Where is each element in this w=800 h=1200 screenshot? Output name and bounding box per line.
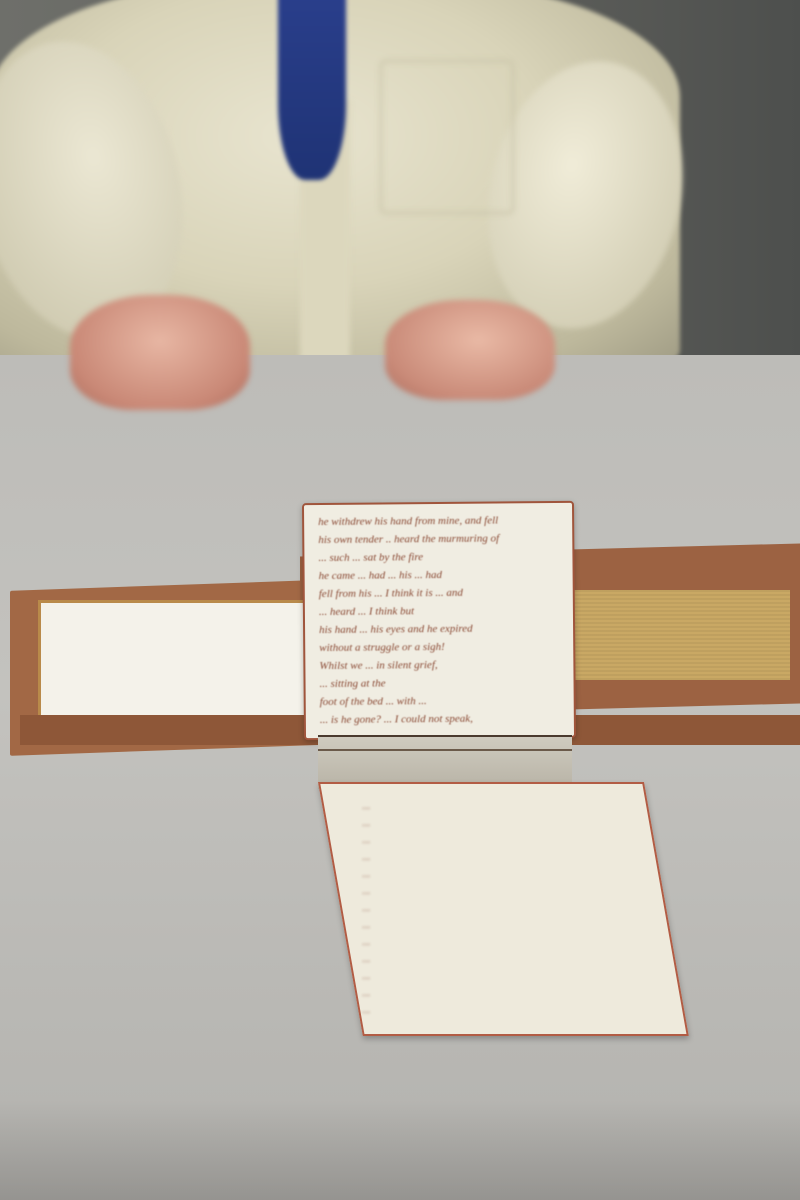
text-line: ... such ... sat by the fire [318,547,562,567]
text-line: ... is he gone? ... I could not speak, [320,709,564,729]
text-line: ... [362,883,654,900]
blue-tie [278,0,346,180]
text-line: ... [362,849,654,866]
text-line: ... [362,900,654,917]
text-line: ... [362,951,654,968]
text-line: ... heard ... I think but [319,601,563,621]
text-line: ... [362,832,654,849]
right-hand [385,300,555,400]
box-gold-lining [550,590,790,680]
text-line: ... [362,866,654,883]
text-line: ... [362,985,654,1002]
left-hand [70,295,250,410]
text-line: ... [362,934,654,951]
foreground-shadow [0,1100,800,1200]
handwritten-text-upper: he withdrew his hand from mine, and fell… [318,511,564,729]
text-line: ... [362,917,654,934]
text-line: his own tender .. heard the murmuring of [318,529,562,549]
photo-scene: he withdrew his hand from mine, and fell… [0,0,800,1200]
text-line: he came ... had ... his ... had [319,565,563,585]
handwritten-text-lower: ... ... ... ... ... ... ... ... ... ... … [362,798,654,1019]
text-line: ... [362,1002,654,1019]
text-line: his hand ... his eyes and he expired [319,619,563,639]
text-line: ... [362,968,654,985]
text-line: he withdrew his hand from mine, and fell [318,511,562,531]
text-line: fell from his ... I think it is ... and [319,583,563,603]
notebook-spine [318,735,572,789]
text-line: ... [362,798,654,815]
text-line: Whilst we ... in silent grief, [319,655,563,675]
notebook-lower-page: ... ... ... ... ... ... ... ... ... ... … [318,782,689,1036]
shirt-pocket [380,60,514,214]
text-line: ... sitting at the [319,673,563,693]
notebook-upper-page: he withdrew his hand from mine, and fell… [302,501,576,740]
text-line: ... [362,815,654,832]
text-line: without a struggle or a sigh! [319,637,563,657]
text-line: foot of the bed ... with ... [320,691,564,711]
box-white-lining [38,600,334,721]
